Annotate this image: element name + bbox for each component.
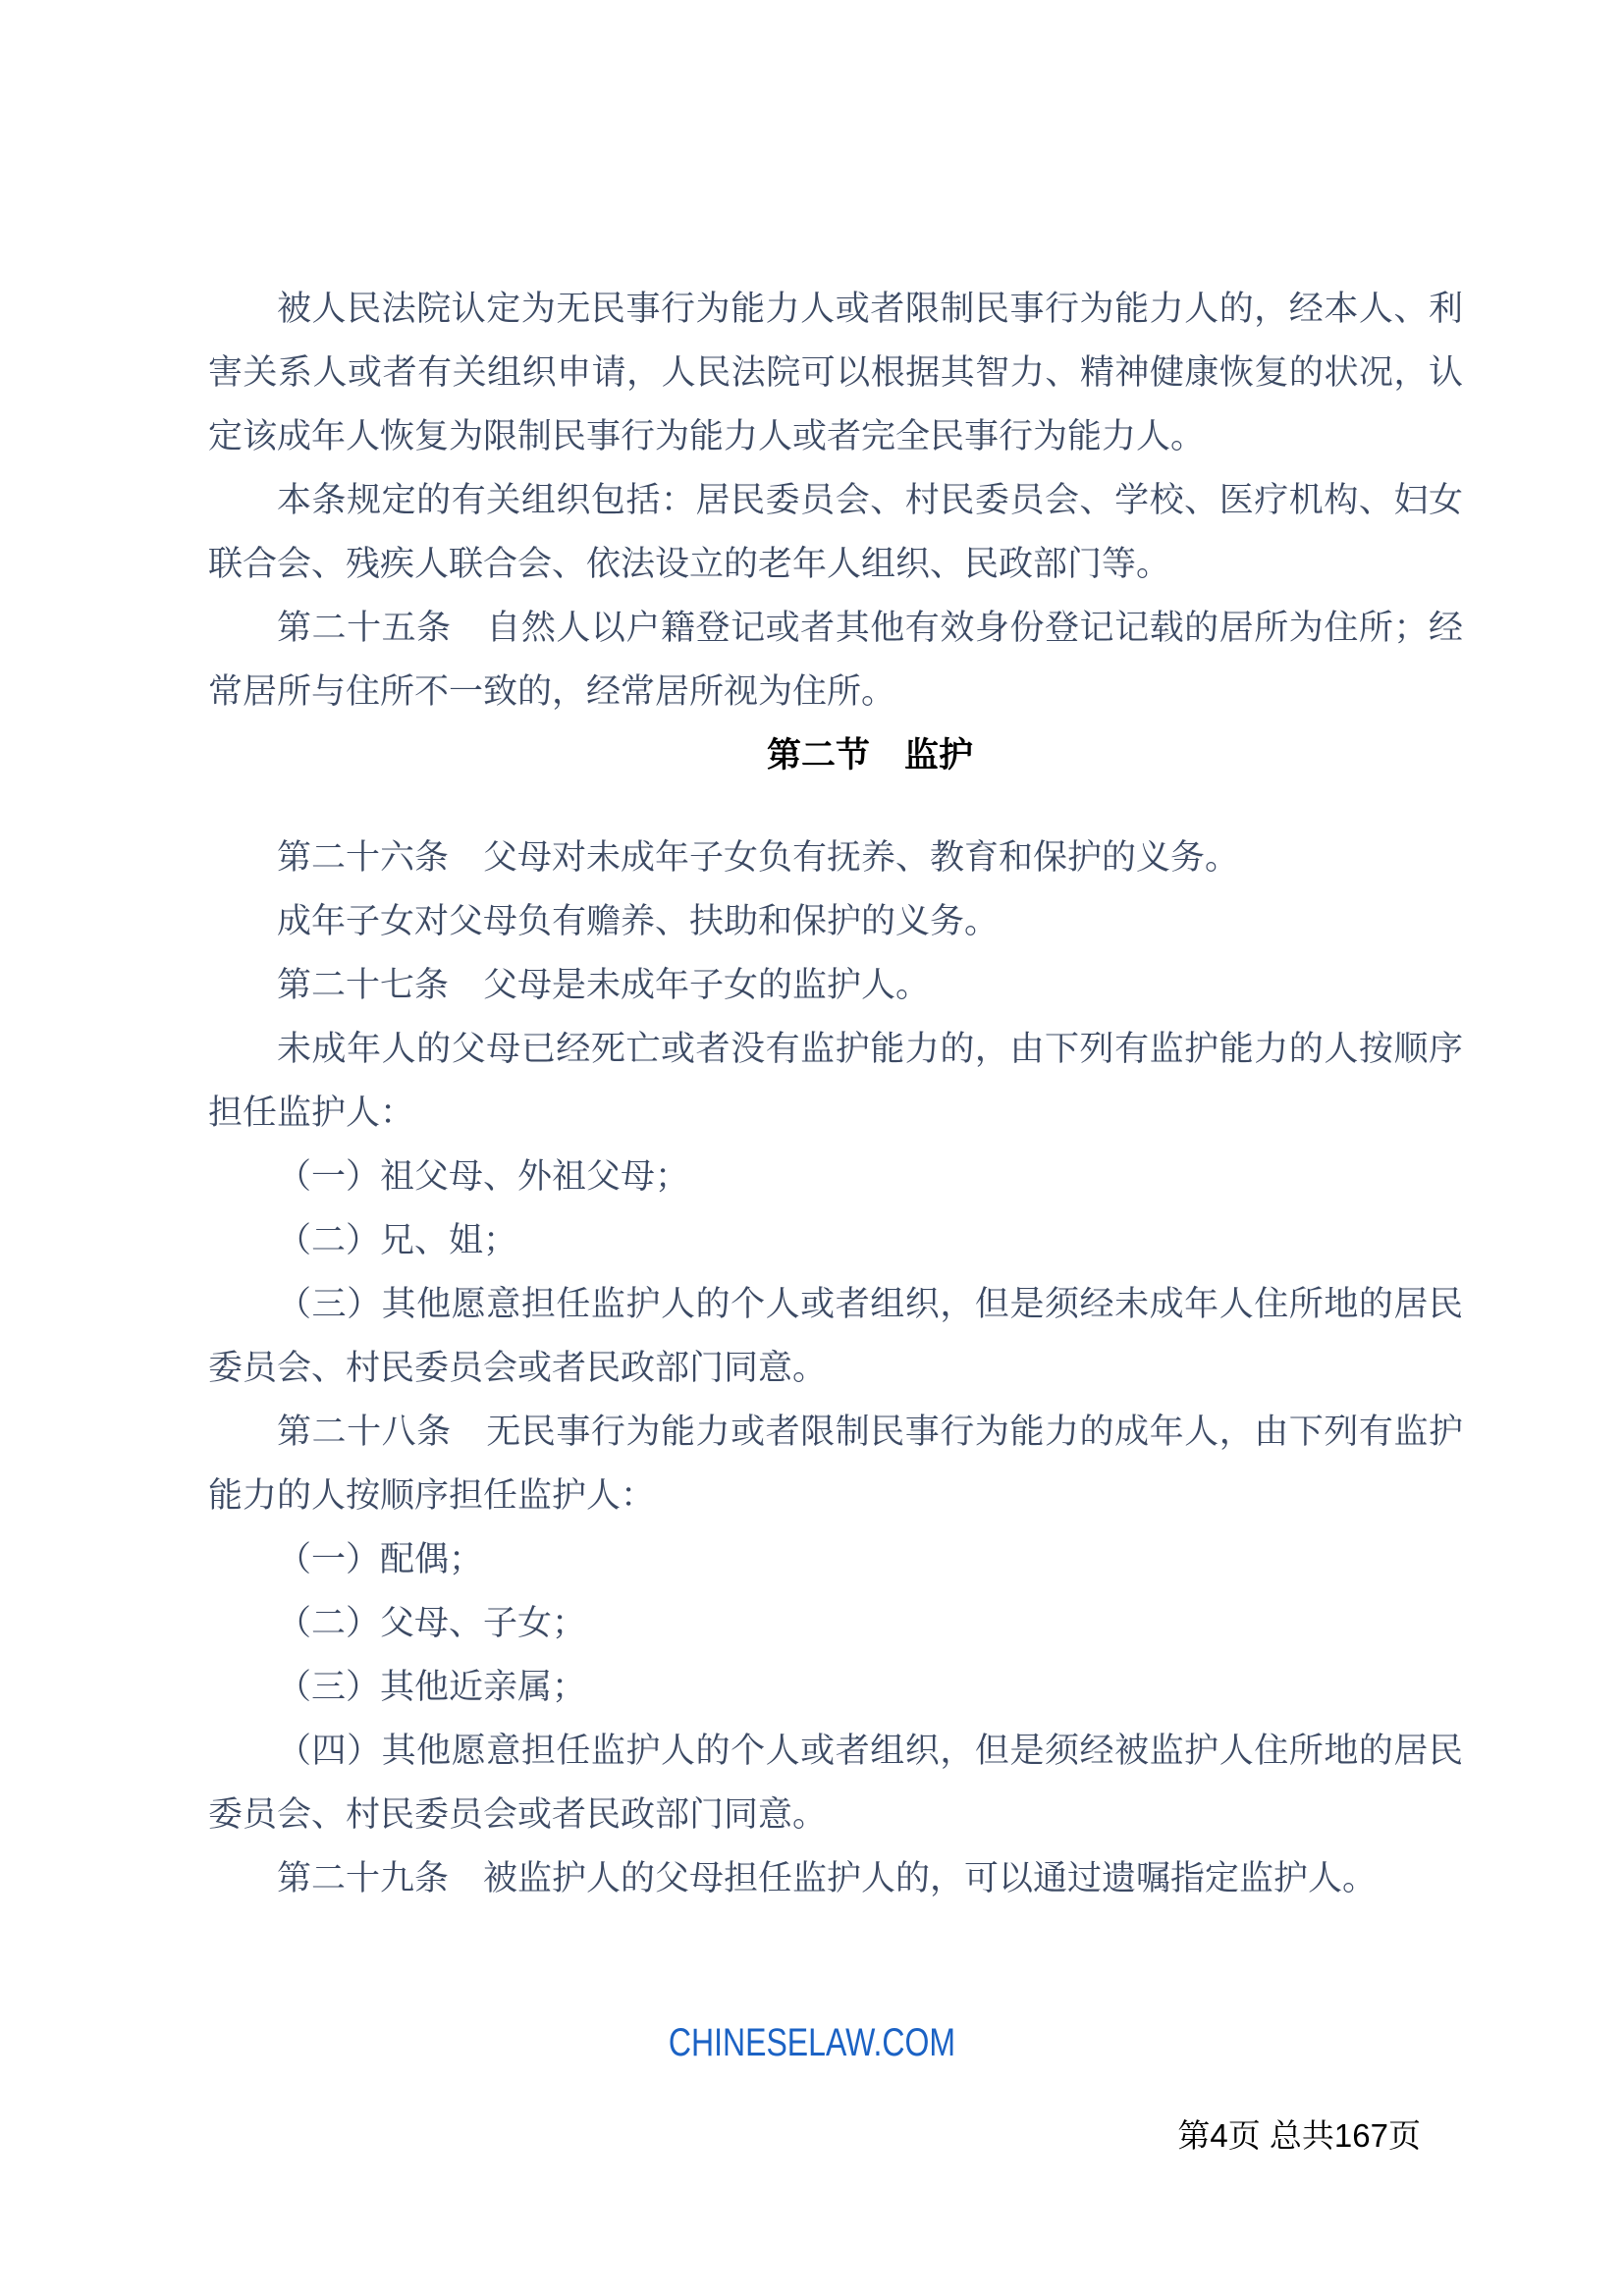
paragraph: 被人民法院认定为无民事行为能力人或者限制民事行为能力人的，经本人、利害关系人或者…	[208, 277, 1463, 468]
article-paragraph: 第二十七条 父母是未成年子女的监护人。	[208, 953, 1463, 1017]
paragraph: 未成年人的父母已经死亡或者没有监护能力的，由下列有监护能力的人按顺序担任监护人：	[208, 1017, 1463, 1145]
list-item: （三）其他近亲属；	[208, 1655, 1463, 1719]
document-body: 被人民法院认定为无民事行为能力人或者限制民事行为能力人的，经本人、利害关系人或者…	[208, 277, 1463, 1910]
document-page: 被人民法院认定为无民事行为能力人或者限制民事行为能力人的，经本人、利害关系人或者…	[0, 0, 1624, 2296]
list-item: （一）配偶；	[208, 1527, 1463, 1591]
list-item: （一）祖父母、外祖父母；	[208, 1145, 1463, 1208]
list-item: （二）父母、子女；	[208, 1591, 1463, 1655]
article-paragraph: 第二十六条 父母对未成年子女负有抚养、教育和保护的义务。	[208, 826, 1463, 889]
section-heading: 第二节 监护	[208, 723, 1463, 787]
paragraph: 成年子女对父母负有赡养、扶助和保护的义务。	[208, 889, 1463, 953]
site-watermark-link[interactable]: CHINESELAW.COM	[162, 2020, 1461, 2065]
page-indicator: 第4页 总共167页	[1177, 2116, 1421, 2156]
article-paragraph: 第二十五条 自然人以户籍登记或者其他有效身份登记记载的居所为住所；经常居所与住所…	[208, 596, 1463, 723]
paragraph: 本条规定的有关组织包括：居民委员会、村民委员会、学校、医疗机构、妇女联合会、残疾…	[208, 468, 1463, 596]
list-item: （二）兄、姐；	[208, 1208, 1463, 1272]
article-paragraph: 第二十八条 无民事行为能力或者限制民事行为能力的成年人，由下列有监护能力的人按顺…	[208, 1400, 1463, 1527]
article-paragraph: 第二十九条 被监护人的父母担任监护人的，可以通过遗嘱指定监护人。	[208, 1846, 1463, 1910]
list-item: （四）其他愿意担任监护人的个人或者组织，但是须经被监护人住所地的居民委员会、村民…	[208, 1719, 1463, 1846]
list-item: （三）其他愿意担任监护人的个人或者组织，但是须经未成年人住所地的居民委员会、村民…	[208, 1272, 1463, 1400]
